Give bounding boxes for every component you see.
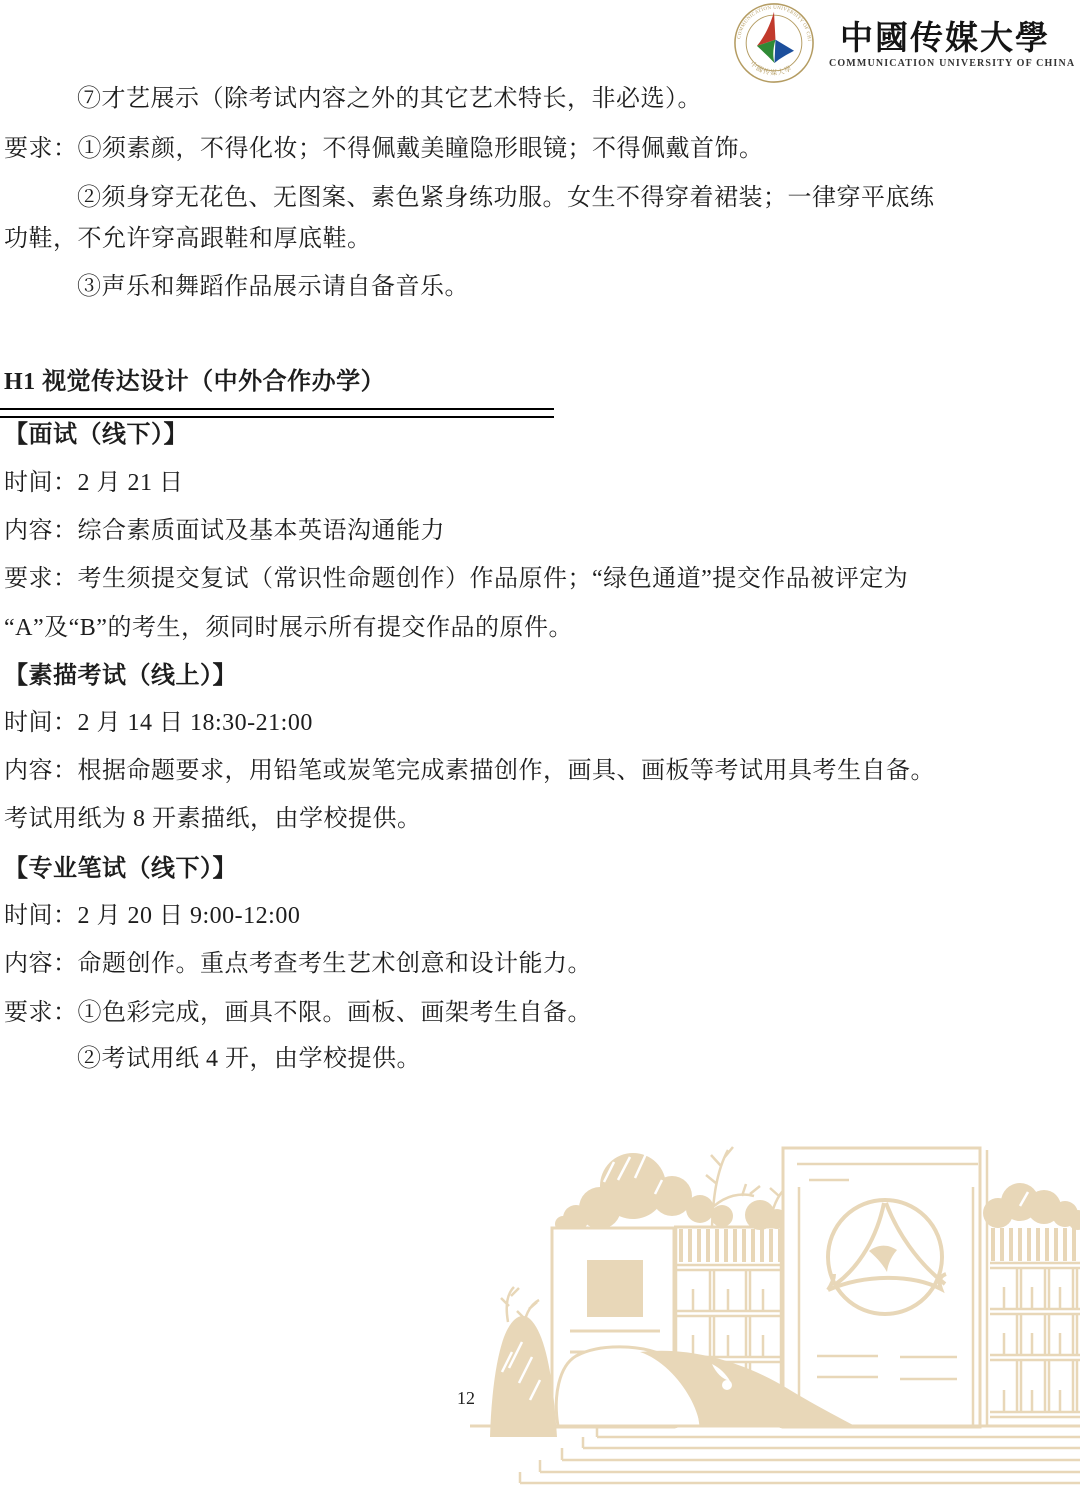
sketch-content-2: 考试用纸为 8 开素描纸，由学校提供。 [4,806,422,832]
section-heading: H1 视觉传达设计（中外合作办学） [4,369,385,395]
sketch-time: 时间：2 月 14 日 18:30-21:00 [4,710,313,736]
written-time: 时间：2 月 20 日 9:00-12:00 [4,903,300,929]
written-req-2: ②考试用纸 4 开，由学校提供。 [77,1046,421,1072]
intro-line-4: 功鞋，不允许穿高跟鞋和厚底鞋。 [4,226,372,252]
interview-title: 【面试（线下）】 [4,422,188,448]
intro-line-2: 要求：①须素颜，不得化妆；不得佩戴美瞳隐形眼镜；不得佩戴首饰。 [4,136,764,162]
sketch-title: 【素描考试（线上）】 [4,663,237,689]
left-bush [490,1316,557,1437]
written-content: 内容：命题创作。重点考查考生艺术创意和设计能力。 [4,951,592,977]
intro-line-3: ②须身穿无花色、无图案、素色紧身练功服。女生不得穿着裙装；一律穿平底练 [77,185,935,211]
sketch-content: 内容：根据命题要求，用铅笔或炭笔完成素描创作，画具、画板等考试用具考生自备。 [4,758,935,784]
written-req-1: 要求：①色彩完成，画具不限。画板、画架考生自备。 [4,1000,592,1026]
campus-illustration [460,1130,1080,1485]
interview-content: 内容：综合素质面试及基本英语沟通能力 [4,518,445,544]
interview-req-1: 要求：考生须提交复试（常识性命题创作）作品原件；“绿色通道”提交作品被评定为 [4,566,908,592]
document-page: COMMUNICATION UNIVERSITY OF CHINA 中國传媒大學… [0,0,1080,1485]
cuc-emblem-icon: COMMUNICATION UNIVERSITY OF CHINA 中國传媒大學 [733,2,815,84]
intro-line-5: ③声乐和舞蹈作品展示请自备音乐。 [77,274,469,300]
intro-line-1: ⑦才艺展示（除考试内容之外的其它艺术特长，非必选）。 [77,86,702,112]
interview-time: 时间：2 月 21 日 [4,470,184,496]
banner-panel [783,1148,980,1427]
written-title: 【专业笔试（线下）】 [4,856,237,882]
cuc-cn-wordmark: 中國传媒大學 [840,12,1050,59]
entrance-steps [470,1426,1080,1483]
heading-double-rule [0,408,554,418]
cuc-en-wordmark: COMMUNICATION UNIVERSITY OF CHINA [829,58,1075,69]
interview-req-2: “A”及“B”的考生，须同时展示所有提交作品的原件。 [4,615,573,641]
